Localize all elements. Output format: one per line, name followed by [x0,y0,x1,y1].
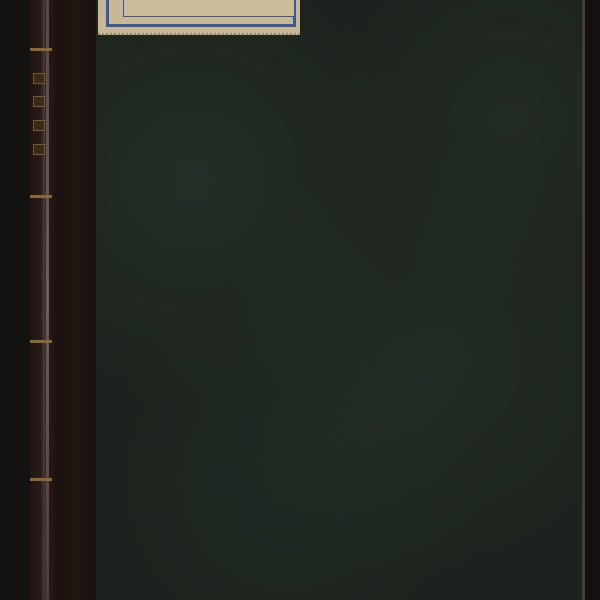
label-inner-frame [123,0,295,17]
cover-label [98,0,300,35]
spine-tool-mark [33,144,45,155]
right-edge [585,0,600,600]
cover-board [96,0,582,600]
left-edge [0,0,30,600]
label-border [106,0,296,27]
spine-tool-mark [33,120,45,131]
book-spine [30,0,58,600]
spine-band [30,478,52,481]
spine-tool-mark [33,96,45,107]
spine-highlight [46,0,49,600]
spine-tool-mark [33,73,45,84]
spine-band [30,340,52,343]
spine-band [30,48,52,51]
hinge [58,0,96,600]
spine-band [30,195,52,198]
